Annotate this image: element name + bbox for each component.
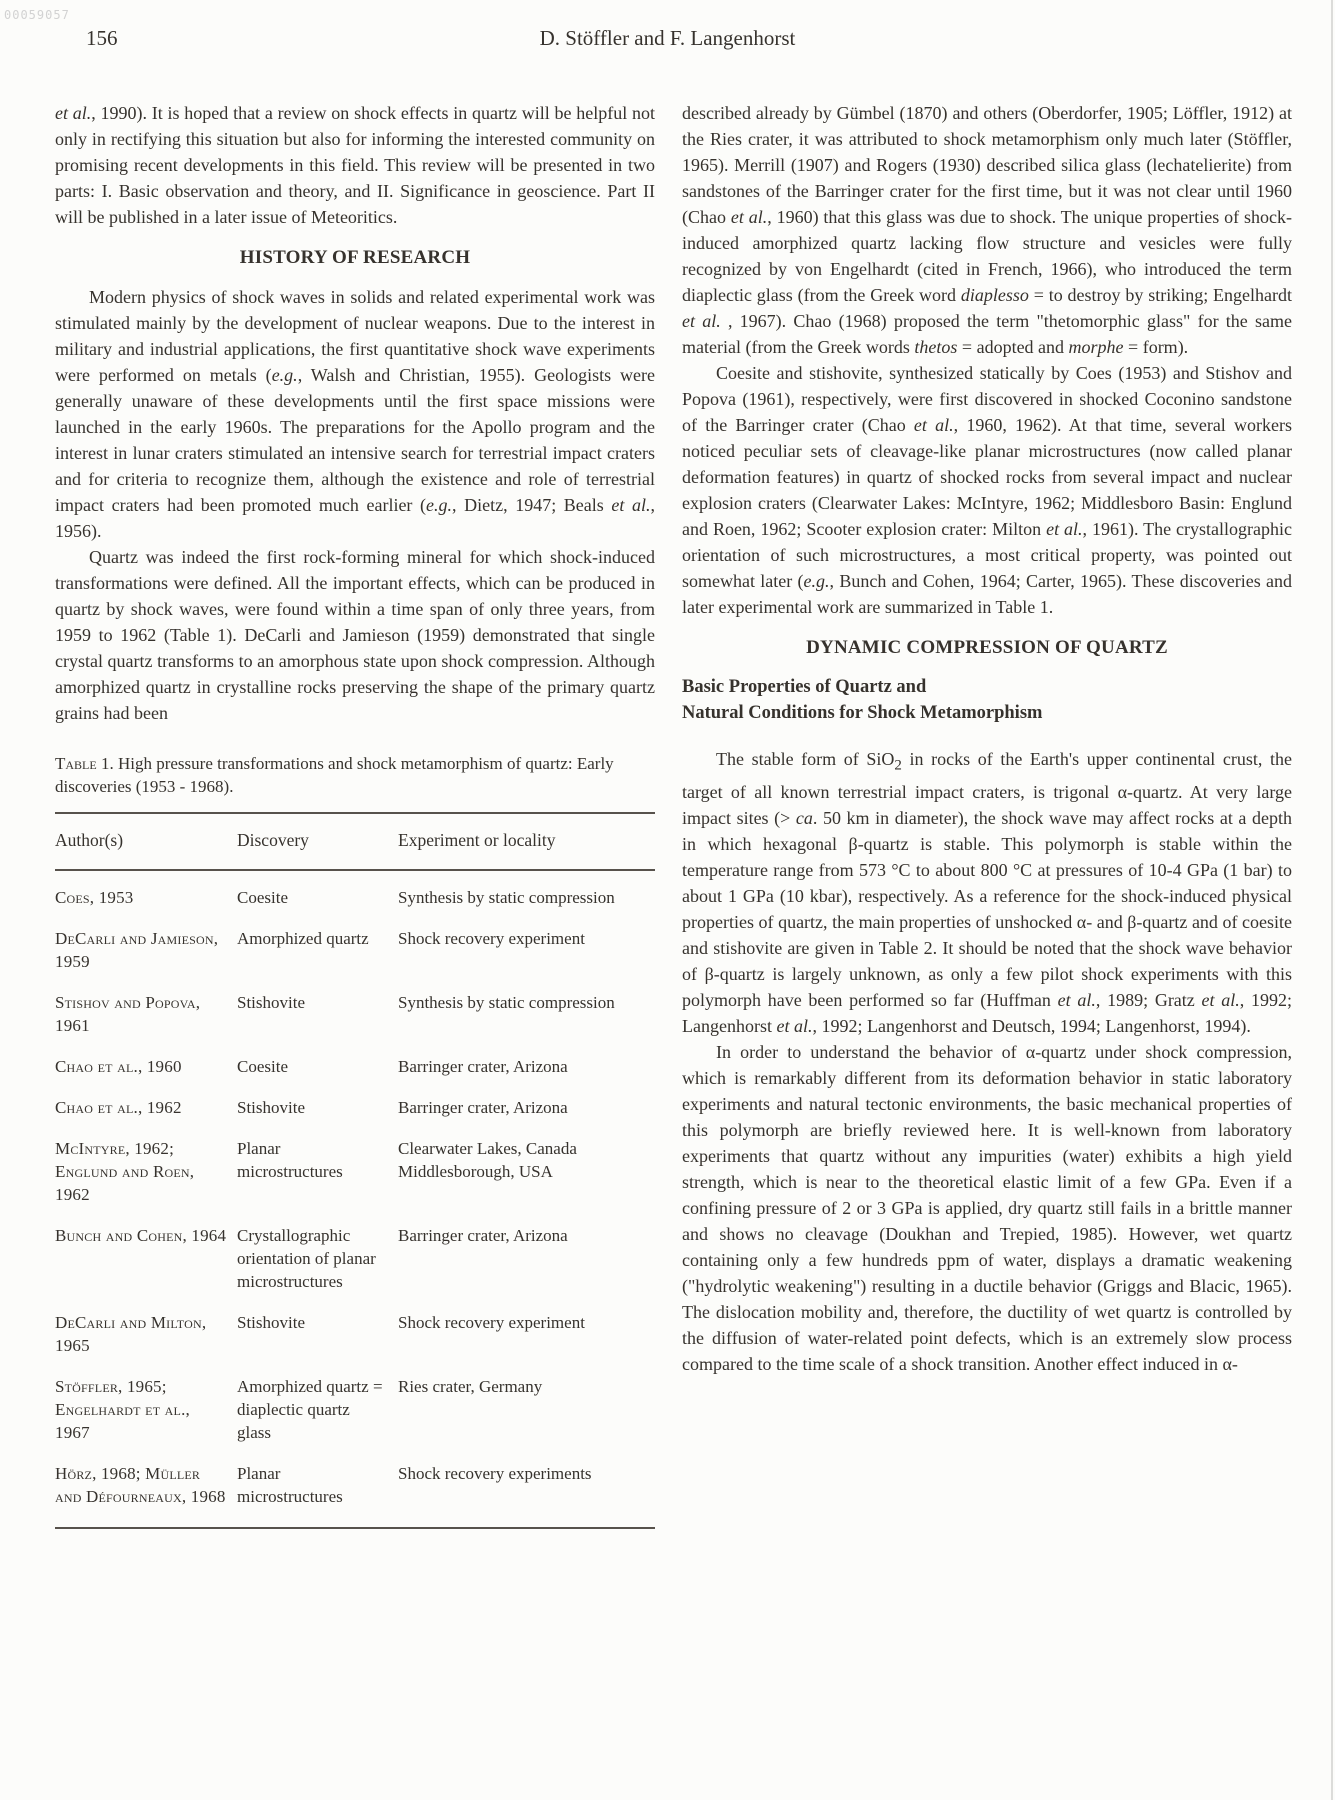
cell-authors: McIntyre, 1962; Englund and Roen, 1962 — [55, 1137, 237, 1206]
subsection-heading-line1: Basic Properties of Quartz and — [682, 674, 1292, 700]
paragraph: described already by Gümbel (1870) and o… — [682, 100, 1292, 360]
table-row: McIntyre, 1962; Englund and Roen, 1962 P… — [55, 1128, 655, 1215]
paragraph: In order to understand the behavior of α… — [682, 1039, 1292, 1377]
table-row: Bunch and Cohen, 1964 Crystallographic o… — [55, 1215, 655, 1302]
cell-discovery: Coesite — [237, 1055, 398, 1078]
right-column: described already by Gümbel (1870) and o… — [682, 100, 1292, 1377]
paragraph: Quartz was indeed the first rock-forming… — [55, 544, 655, 726]
cell-authors: Chao et al., 1960 — [55, 1055, 237, 1078]
cell-experiment: Ries crater, Germany — [398, 1375, 655, 1444]
table-1: Author(s) Discovery Experiment or locali… — [55, 812, 655, 1529]
column-header: Experiment or locality — [398, 830, 655, 851]
section-heading-dynamic-compression: DYNAMIC COMPRESSION OF QUARTZ — [682, 635, 1292, 661]
table-body: Coes, 1953 Coesite Synthesis by static c… — [55, 871, 655, 1527]
cell-experiment: Synthesis by static compression — [398, 991, 655, 1037]
cell-discovery: Stishovite — [237, 1311, 398, 1357]
column-header: Author(s) — [55, 830, 237, 851]
table-row: Hörz, 1968; Müller and Défourneaux, 1968… — [55, 1453, 655, 1517]
cell-authors: Bunch and Cohen, 1964 — [55, 1224, 237, 1293]
cell-experiment: Shock recovery experiments — [398, 1462, 655, 1508]
cell-authors: Stishov and Popova, 1961 — [55, 991, 237, 1037]
cell-discovery: Planar microstructures — [237, 1137, 398, 1206]
cell-authors: DeCarli and Jamieson, 1959 — [55, 927, 237, 973]
cell-experiment: Barringer crater, Arizona — [398, 1096, 655, 1119]
cell-authors: Coes, 1953 — [55, 886, 237, 909]
paragraph: The stable form of SiO2 in rocks of the … — [682, 746, 1292, 1039]
cell-authors: DeCarli and Milton, 1965 — [55, 1311, 237, 1357]
cell-discovery: Crystallographic orientation of planar m… — [237, 1224, 398, 1293]
table-row: Coes, 1953 Coesite Synthesis by static c… — [55, 877, 655, 918]
cell-authors: Stöffler, 1965; Engelhardt et al., 1967 — [55, 1375, 237, 1444]
subsection-heading-line2: Natural Conditions for Shock Metamorphis… — [682, 700, 1292, 726]
table-row: Chao et al., 1960 Coesite Barringer crat… — [55, 1046, 655, 1087]
table-caption: Table 1. High pressure transformations a… — [55, 752, 655, 798]
cell-experiment: Shock recovery experiment — [398, 1311, 655, 1357]
cell-experiment: Barringer crater, Arizona — [398, 1055, 655, 1078]
running-head: D. Stöffler and F. Langenhorst — [0, 26, 1335, 51]
cell-experiment: Barringer crater, Arizona — [398, 1224, 655, 1293]
table-row: Stöffler, 1965; Engelhardt et al., 1967 … — [55, 1366, 655, 1453]
scan-edge-line — [1331, 0, 1333, 1800]
table-rule-bottom — [55, 1527, 655, 1529]
paragraph: et al., 1990). It is hoped that a review… — [55, 100, 655, 230]
paragraph: Coesite and stishovite, synthesized stat… — [682, 360, 1292, 620]
cell-experiment: Shock recovery experiment — [398, 927, 655, 973]
table-header-row: Author(s) Discovery Experiment or locali… — [55, 814, 655, 869]
cell-discovery: Amorphized quartz = diaplectic quartz gl… — [237, 1375, 398, 1444]
cell-discovery: Amorphized quartz — [237, 927, 398, 973]
cell-discovery: Planar microstructures — [237, 1462, 398, 1508]
column-header: Discovery — [237, 830, 398, 851]
cell-experiment: Clearwater Lakes, CanadaMiddlesborough, … — [398, 1137, 655, 1206]
table-row: DeCarli and Milton, 1965 Stishovite Shoc… — [55, 1302, 655, 1366]
table-row: DeCarli and Jamieson, 1959 Amorphized qu… — [55, 918, 655, 982]
scan-number: 00059057 — [4, 8, 70, 22]
table-row: Stishov and Popova, 1961 Stishovite Synt… — [55, 982, 655, 1046]
table-row: Chao et al., 1962 Stishovite Barringer c… — [55, 1087, 655, 1128]
cell-discovery: Stishovite — [237, 991, 398, 1037]
cell-authors: Chao et al., 1962 — [55, 1096, 237, 1119]
subsection-heading: Basic Properties of Quartz and Natural C… — [682, 674, 1292, 726]
section-heading-history: HISTORY OF RESEARCH — [55, 245, 655, 271]
cell-experiment: Synthesis by static compression — [398, 886, 655, 909]
paragraph: Modern physics of shock waves in solids … — [55, 284, 655, 544]
cell-authors: Hörz, 1968; Müller and Défourneaux, 1968 — [55, 1462, 237, 1508]
cell-discovery: Stishovite — [237, 1096, 398, 1119]
left-column: et al., 1990). It is hoped that a review… — [55, 100, 655, 1529]
cell-discovery: Coesite — [237, 886, 398, 909]
